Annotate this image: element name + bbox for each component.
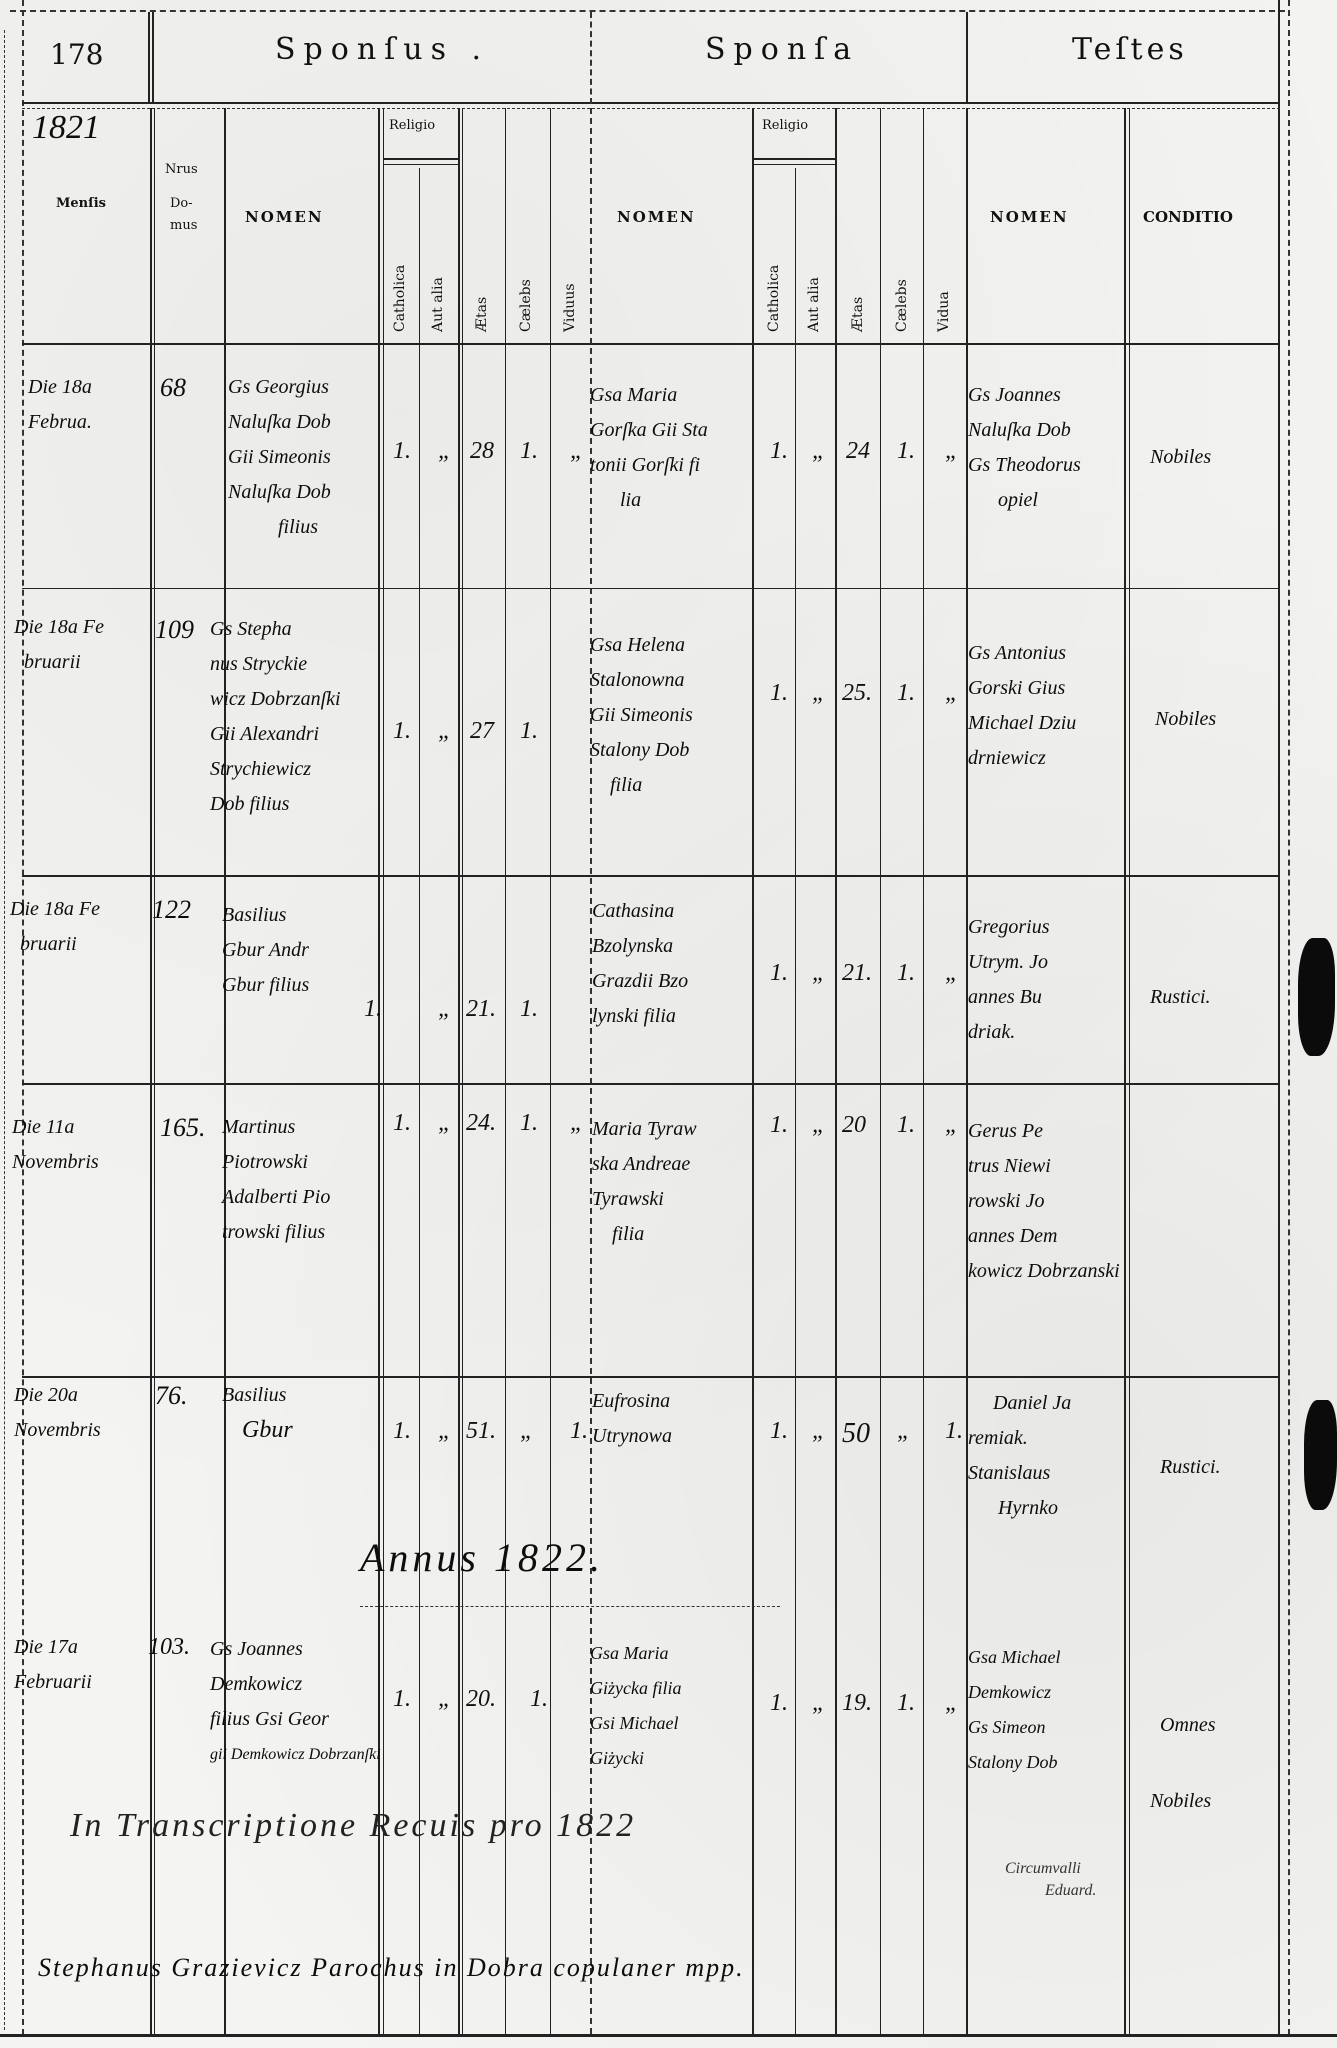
conditio: Rustici. bbox=[1150, 980, 1211, 1015]
header-bottom bbox=[22, 343, 1280, 345]
bride-vidua: 1. bbox=[945, 1418, 963, 1445]
groom-viduus: „ bbox=[570, 438, 583, 465]
groom-catholica: 1. bbox=[393, 718, 411, 745]
side-note-line: Circumvalli bbox=[1005, 1858, 1096, 1880]
col-sponsa-aut-alia: Aut alia bbox=[806, 277, 822, 332]
sponsa-religio-rule bbox=[752, 158, 835, 160]
groom-age: 21. bbox=[466, 996, 496, 1023]
groom-line: Demkowicz bbox=[210, 1667, 381, 1702]
bride-line: Bzolynska bbox=[592, 929, 688, 964]
bride-aut-alia: „ bbox=[812, 1112, 825, 1139]
entry-date: Die 17a Februarii bbox=[14, 1630, 92, 1700]
groom-line: nus Stryckie bbox=[210, 647, 341, 682]
left-outer-border bbox=[4, 30, 5, 2030]
date-month: bruarii bbox=[14, 645, 104, 680]
bride-name: Maria Tyraw ska Andreae Tyrawski filia bbox=[592, 1112, 697, 1252]
bride-caelebs: 1. bbox=[897, 438, 915, 465]
bride-name: Gsa Helena Stalonowna Gii Simeonis Stalo… bbox=[590, 628, 693, 803]
sponsa-religio-rule-b bbox=[752, 164, 835, 165]
col-line-nomen-b bbox=[383, 108, 384, 2034]
conditio: Rustici. bbox=[1160, 1450, 1221, 1485]
col-line-mensis bbox=[150, 108, 152, 2034]
bride-line: lia bbox=[590, 483, 708, 518]
bride-aut-alia: „ bbox=[812, 680, 825, 707]
groom-line: filius bbox=[228, 510, 331, 545]
house-number: 68 bbox=[160, 370, 186, 405]
bride-caelebs: 1. bbox=[897, 1690, 915, 1717]
groom-name: Martinus Piotrowski Adalberti Pio trowsk… bbox=[222, 1110, 330, 1250]
col-line-cath bbox=[419, 168, 420, 2034]
bride-line: Giżycki bbox=[590, 1741, 681, 1776]
col-sponsus-viduus: Viduus bbox=[562, 283, 578, 332]
religio-rule-b bbox=[383, 164, 458, 165]
bride-name: Eufrosina Utrynowa bbox=[592, 1384, 672, 1454]
bride-vidua: „ bbox=[945, 960, 958, 987]
groom-name: Basilius Gbur Andr Gbur filius bbox=[222, 898, 309, 1003]
col-line-sponsa-caelebs bbox=[923, 108, 924, 2034]
conditio-line-1: Omnes bbox=[1160, 1708, 1216, 1743]
ink-blot bbox=[1304, 1400, 1337, 1510]
house-number: 122 bbox=[152, 892, 191, 927]
bride-catholica: 1. bbox=[770, 438, 788, 465]
groom-age: 27 bbox=[470, 718, 494, 745]
groom-line: Gs Joannes bbox=[210, 1632, 381, 1667]
bride-caelebs: 1. bbox=[897, 680, 915, 707]
col-line-sponsa-nomen bbox=[752, 108, 754, 2034]
bride-catholica: 1. bbox=[770, 1418, 788, 1445]
date-month: bruarii bbox=[10, 927, 100, 962]
groom-aut-alia: „ bbox=[438, 996, 451, 1023]
witnesses: Daniel Ja remiak. Stanislaus Hyrnko bbox=[968, 1386, 1071, 1526]
groom-line: filius Gsi Geor bbox=[210, 1702, 381, 1737]
bride-line: Maria Tyraw bbox=[592, 1112, 697, 1147]
bride-age: 21. bbox=[842, 960, 872, 987]
bride-line: Giżycka filia bbox=[590, 1671, 681, 1706]
bride-line: filia bbox=[592, 1217, 697, 1252]
groom-line: Gii Alexandri bbox=[210, 717, 341, 752]
col-sponsa-catholica: Catholica bbox=[766, 265, 782, 332]
groom-line: Gii Simeonis bbox=[228, 440, 331, 475]
col-line-sponsa-cath bbox=[795, 168, 796, 2034]
witness-line: Gerus Pe bbox=[968, 1114, 1120, 1149]
col-sponsa-vidua: Vidua bbox=[936, 291, 952, 332]
groom-line: Gs Stepha bbox=[210, 612, 341, 647]
bride-age: 24 bbox=[846, 438, 870, 465]
bride-line: Gii Simeonis bbox=[590, 698, 693, 733]
witnesses: Gerus Pe trus Niewi rowski Jo annes Dem … bbox=[968, 1114, 1120, 1289]
section-testes: Teſtes bbox=[1072, 32, 1188, 67]
bride-caelebs: 1. bbox=[897, 1112, 915, 1139]
bride-line: filia bbox=[590, 768, 693, 803]
col-conditio: CONDITIO bbox=[1143, 208, 1233, 226]
bride-caelebs: „ bbox=[897, 1418, 910, 1445]
groom-catholica: 1. bbox=[393, 1110, 411, 1137]
col-sponsa-aetas: Ætas bbox=[850, 297, 866, 332]
groom-line: Gbur Andr bbox=[222, 933, 309, 968]
groom-line: Gbur bbox=[222, 1413, 293, 1448]
bride-line: Stalonowna bbox=[590, 663, 693, 698]
ink-blot bbox=[1298, 938, 1335, 1056]
bride-catholica: 1. bbox=[770, 960, 788, 987]
col-testes-nomen: NOMEN bbox=[990, 208, 1069, 226]
witness-line: Michael Dziu bbox=[968, 706, 1076, 741]
entry-date: Die 11a Novembris bbox=[12, 1110, 99, 1180]
groom-catholica: 1. bbox=[364, 996, 382, 1023]
date-month: Novembris bbox=[12, 1145, 99, 1180]
groom-line: Martinus bbox=[222, 1110, 330, 1145]
left-border bbox=[22, 0, 24, 2035]
groom-aut-alia: „ bbox=[438, 1686, 451, 1713]
bride-catholica: 1. bbox=[770, 1690, 788, 1717]
bride-line: Gsa Helena bbox=[590, 628, 693, 663]
year-divider-underline bbox=[360, 1606, 780, 1607]
bride-line: Grazdii Bzo bbox=[592, 964, 688, 999]
house-number: 103. bbox=[148, 1630, 190, 1665]
witness-line: Gs Simeon bbox=[968, 1710, 1060, 1745]
groom-line: Gs Georgius bbox=[228, 370, 331, 405]
witness-line: Naluſka Dob bbox=[968, 413, 1081, 448]
witness-line: Gregorius bbox=[968, 910, 1049, 945]
col-sponsa-nomen: NOMEN bbox=[617, 208, 696, 226]
witness-line: trus Niewi bbox=[968, 1149, 1120, 1184]
groom-viduus: 1. bbox=[570, 1418, 588, 1445]
date-day: Die 18a Fe bbox=[10, 892, 100, 927]
conditio-line-2: Nobiles bbox=[1150, 1784, 1211, 1819]
groom-line: Dob filius bbox=[210, 787, 341, 822]
groom-name: Gs Stepha nus Stryckie wicz Dobrzanſki G… bbox=[210, 612, 341, 822]
col-line-caelebs bbox=[550, 108, 551, 2034]
bride-line: Gsa Maria bbox=[590, 378, 708, 413]
groom-line: Piotrowski bbox=[222, 1145, 330, 1180]
bride-line: Stalony Dob bbox=[590, 733, 693, 768]
groom-aut-alia: „ bbox=[438, 438, 451, 465]
groom-caelebs: 1. bbox=[520, 438, 538, 465]
witness-line: Gsa Michael bbox=[968, 1640, 1060, 1675]
witness-line: Hyrnko bbox=[968, 1491, 1071, 1526]
groom-age: 51. bbox=[466, 1418, 496, 1445]
groom-aut-alia: „ bbox=[438, 718, 451, 745]
groom-age: 20. bbox=[466, 1686, 496, 1713]
bride-vidua: „ bbox=[945, 680, 958, 707]
bride-line: Cathasina bbox=[592, 894, 688, 929]
bride-vidua: „ bbox=[945, 1112, 958, 1139]
date-day: Die 17a bbox=[14, 1630, 92, 1665]
col-mensis: Menſis bbox=[56, 196, 106, 211]
right-outer-border bbox=[1288, 0, 1290, 2035]
witness-line: Demkowicz bbox=[968, 1675, 1060, 1710]
date-month: Februa. bbox=[28, 405, 92, 440]
groom-line: Gbur filius bbox=[222, 968, 309, 1003]
bottom-border bbox=[0, 2034, 1337, 2037]
right-border bbox=[1278, 0, 1280, 2035]
bride-line: tonii Gorſki fi bbox=[590, 448, 708, 483]
col-line-religio bbox=[458, 108, 460, 2034]
groom-line: Naluſka Dob bbox=[228, 475, 331, 510]
entry-date: Die 18a Februa. bbox=[28, 370, 92, 440]
row-sep-1 bbox=[22, 588, 1280, 589]
groom-age: 28 bbox=[470, 438, 494, 465]
groom-caelebs: 1. bbox=[530, 1686, 548, 1713]
groom-line: Naluſka Dob bbox=[228, 405, 331, 440]
bride-line: Gorſka Gii Sta bbox=[590, 413, 708, 448]
witness-line: Stanislaus bbox=[968, 1456, 1071, 1491]
witness-line: Utrym. Jo bbox=[968, 945, 1049, 980]
groom-line: Adalberti Pio bbox=[222, 1180, 330, 1215]
witnesses: Gsa Michael Demkowicz Gs Simeon Stalony … bbox=[968, 1640, 1060, 1780]
col-sponsus-religio: Religio bbox=[389, 118, 435, 133]
groom-catholica: 1. bbox=[393, 1686, 411, 1713]
bride-name: Gsa Maria Gorſka Gii Sta tonii Gorſki fi… bbox=[590, 378, 708, 518]
date-day: Die 11a bbox=[12, 1110, 99, 1145]
witness-line: rowski Jo bbox=[968, 1184, 1120, 1219]
title-row-bottom bbox=[22, 102, 1280, 104]
bride-age: 19. bbox=[842, 1690, 872, 1717]
bride-line: Gsa Maria bbox=[590, 1636, 681, 1671]
title-sep-2 bbox=[590, 12, 592, 104]
col-domus-2: mus bbox=[170, 218, 197, 233]
witness-line: Gorski Gius bbox=[968, 671, 1076, 706]
groom-catholica: 1. bbox=[393, 1418, 411, 1445]
col-sponsus-caelebs: Cælebs bbox=[518, 279, 534, 332]
col-line-testes-nomen-b bbox=[1129, 108, 1130, 2034]
entry-date: Die 18a Fe bruarii bbox=[10, 892, 100, 962]
bride-aut-alia: „ bbox=[812, 1690, 825, 1717]
date-month: Novembris bbox=[14, 1413, 101, 1448]
bride-vidua: „ bbox=[945, 1690, 958, 1717]
col-line-mensis-b bbox=[154, 108, 155, 2034]
section-sponsus: Sponſus . bbox=[275, 32, 489, 67]
top-border bbox=[10, 10, 1285, 12]
bride-name: Gsa Maria Giżycka filia Gsi Michael Giży… bbox=[590, 1636, 681, 1776]
witness-line: Gs Theodorus bbox=[968, 448, 1081, 483]
conditio: Nobiles bbox=[1155, 702, 1216, 737]
groom-caelebs: 1. bbox=[520, 996, 538, 1023]
bride-aut-alia: „ bbox=[812, 960, 825, 987]
witness-line: Stalony Dob bbox=[968, 1745, 1060, 1780]
bride-line: lynski filia bbox=[592, 999, 688, 1034]
groom-viduus: „ bbox=[570, 1110, 583, 1137]
col-line-aetas bbox=[505, 108, 506, 2034]
groom-name: Gs Joannes Demkowicz filius Gsi Geor gii… bbox=[210, 1632, 381, 1772]
entry-date: Die 18a Fe bruarii bbox=[14, 610, 104, 680]
groom-age: 24. bbox=[466, 1110, 496, 1137]
bride-catholica: 1. bbox=[770, 680, 788, 707]
col-line-sponsa-religio bbox=[835, 108, 837, 2034]
house-number: 165. bbox=[160, 1110, 206, 1145]
groom-line: wicz Dobrzanſki bbox=[210, 682, 341, 717]
col-line-religio-b bbox=[462, 108, 463, 2034]
groom-name: Basilius Gbur bbox=[222, 1378, 293, 1448]
bride-catholica: 1. bbox=[770, 1112, 788, 1139]
witness-line: opiel bbox=[968, 483, 1081, 518]
groom-line: gii Demkowicz Dobrzanſki bbox=[210, 1737, 381, 1772]
bride-line: ska Andreae bbox=[592, 1147, 697, 1182]
religio-rule bbox=[383, 158, 458, 160]
row-sep-2 bbox=[22, 875, 1280, 877]
row-sep-4 bbox=[22, 1376, 1280, 1378]
section-sponsa: Sponſa bbox=[705, 32, 859, 67]
house-number: 109 bbox=[155, 612, 194, 647]
groom-caelebs: 1. bbox=[520, 1110, 538, 1137]
side-note-line: Eduard. bbox=[1005, 1880, 1096, 1902]
transcription-note: In Transcriptione Recuis pro 1822 bbox=[70, 1808, 636, 1843]
bride-line: Eufrosina bbox=[592, 1384, 672, 1419]
col-sponsa-caelebs: Cælebs bbox=[894, 279, 910, 332]
groom-line: Basilius bbox=[222, 1378, 293, 1413]
bride-line: Utrynowa bbox=[592, 1419, 672, 1454]
conditio: Nobiles bbox=[1150, 440, 1211, 475]
col-nrus: Nrus bbox=[165, 162, 198, 177]
bride-aut-alia: „ bbox=[812, 438, 825, 465]
entry-date: Die 20a Novembris bbox=[14, 1378, 101, 1448]
groom-aut-alia: „ bbox=[438, 1110, 451, 1137]
witnesses: Gregorius Utrym. Jo annes Bu driak. bbox=[968, 910, 1049, 1050]
witness-line: driak. bbox=[968, 1015, 1049, 1050]
col-line-sponsa-aetas bbox=[880, 108, 881, 2034]
col-line-testes-nomen bbox=[1124, 108, 1126, 2034]
title-sep-1 bbox=[148, 12, 150, 104]
date-day: Die 18a Fe bbox=[14, 610, 104, 645]
witnesses: Gs Antonius Gorski Gius Michael Dziu drn… bbox=[968, 636, 1076, 776]
priest-signature: Stephanus Grazievicz Parochus in Dobra c… bbox=[38, 1950, 745, 1985]
date-month: Februarii bbox=[14, 1665, 92, 1700]
register-page: 178 Sponſus . Sponſa Teſtes 1821 Menſis … bbox=[0, 0, 1337, 2048]
witness-line: remiak. bbox=[968, 1421, 1071, 1456]
witness-line: drniewicz bbox=[968, 741, 1076, 776]
groom-caelebs: „ bbox=[520, 1418, 533, 1445]
witness-line: annes Dem bbox=[968, 1219, 1120, 1254]
bride-age: 50 bbox=[842, 1418, 870, 1450]
witness-line: Gs Joannes bbox=[968, 378, 1081, 413]
house-number: 76. bbox=[155, 1378, 188, 1413]
groom-line: trowski filius bbox=[222, 1215, 330, 1250]
bride-age: 25. bbox=[842, 680, 872, 707]
groom-catholica: 1. bbox=[393, 438, 411, 465]
year-divider-1822: Annus 1822. bbox=[360, 1540, 604, 1575]
bride-line: Tyrawski bbox=[592, 1182, 697, 1217]
bride-caelebs: 1. bbox=[897, 960, 915, 987]
bride-aut-alia: „ bbox=[812, 1418, 825, 1445]
col-sponsus-aetas: Ætas bbox=[474, 297, 490, 332]
year-1821: 1821 bbox=[32, 110, 100, 145]
witness-line: kowicz Dobrzanski bbox=[968, 1254, 1120, 1289]
col-sponsus-catholica: Catholica bbox=[392, 265, 408, 332]
col-sponsa-religio: Religio bbox=[762, 118, 808, 133]
witness-line: Daniel Ja bbox=[968, 1386, 1071, 1421]
date-day: Die 20a bbox=[14, 1378, 101, 1413]
title-sep-1b bbox=[152, 12, 154, 104]
witness-line: annes Bu bbox=[968, 980, 1049, 1015]
bride-age: 20 bbox=[842, 1112, 866, 1139]
groom-line: Strychiewicz bbox=[210, 752, 341, 787]
date-day: Die 18a bbox=[28, 370, 92, 405]
groom-line: Basilius bbox=[222, 898, 309, 933]
bride-name: Cathasina Bzolynska Grazdii Bzo lynski f… bbox=[592, 894, 688, 1034]
side-note: Circumvalli Eduard. bbox=[1005, 1858, 1096, 1902]
col-sponsus-nomen: NOMEN bbox=[245, 208, 324, 226]
groom-caelebs: 1. bbox=[520, 718, 538, 745]
groom-name: Gs Georgius Naluſka Dob Gii Simeonis Nal… bbox=[228, 370, 331, 545]
row-sep-3 bbox=[22, 1083, 1280, 1085]
bride-line: Gsi Michael bbox=[590, 1706, 681, 1741]
witness-line: Gs Antonius bbox=[968, 636, 1076, 671]
col-domus-1: Do- bbox=[170, 196, 193, 211]
col-sponsus-aut-alia: Aut alia bbox=[430, 277, 446, 332]
bride-vidua: „ bbox=[945, 438, 958, 465]
witnesses: Gs Joannes Naluſka Dob Gs Theodorus opie… bbox=[968, 378, 1081, 518]
title-row-bottom-dash bbox=[22, 108, 1280, 109]
groom-aut-alia: „ bbox=[438, 1418, 451, 1445]
page-number: 178 bbox=[50, 38, 103, 71]
title-sep-3 bbox=[966, 12, 968, 104]
